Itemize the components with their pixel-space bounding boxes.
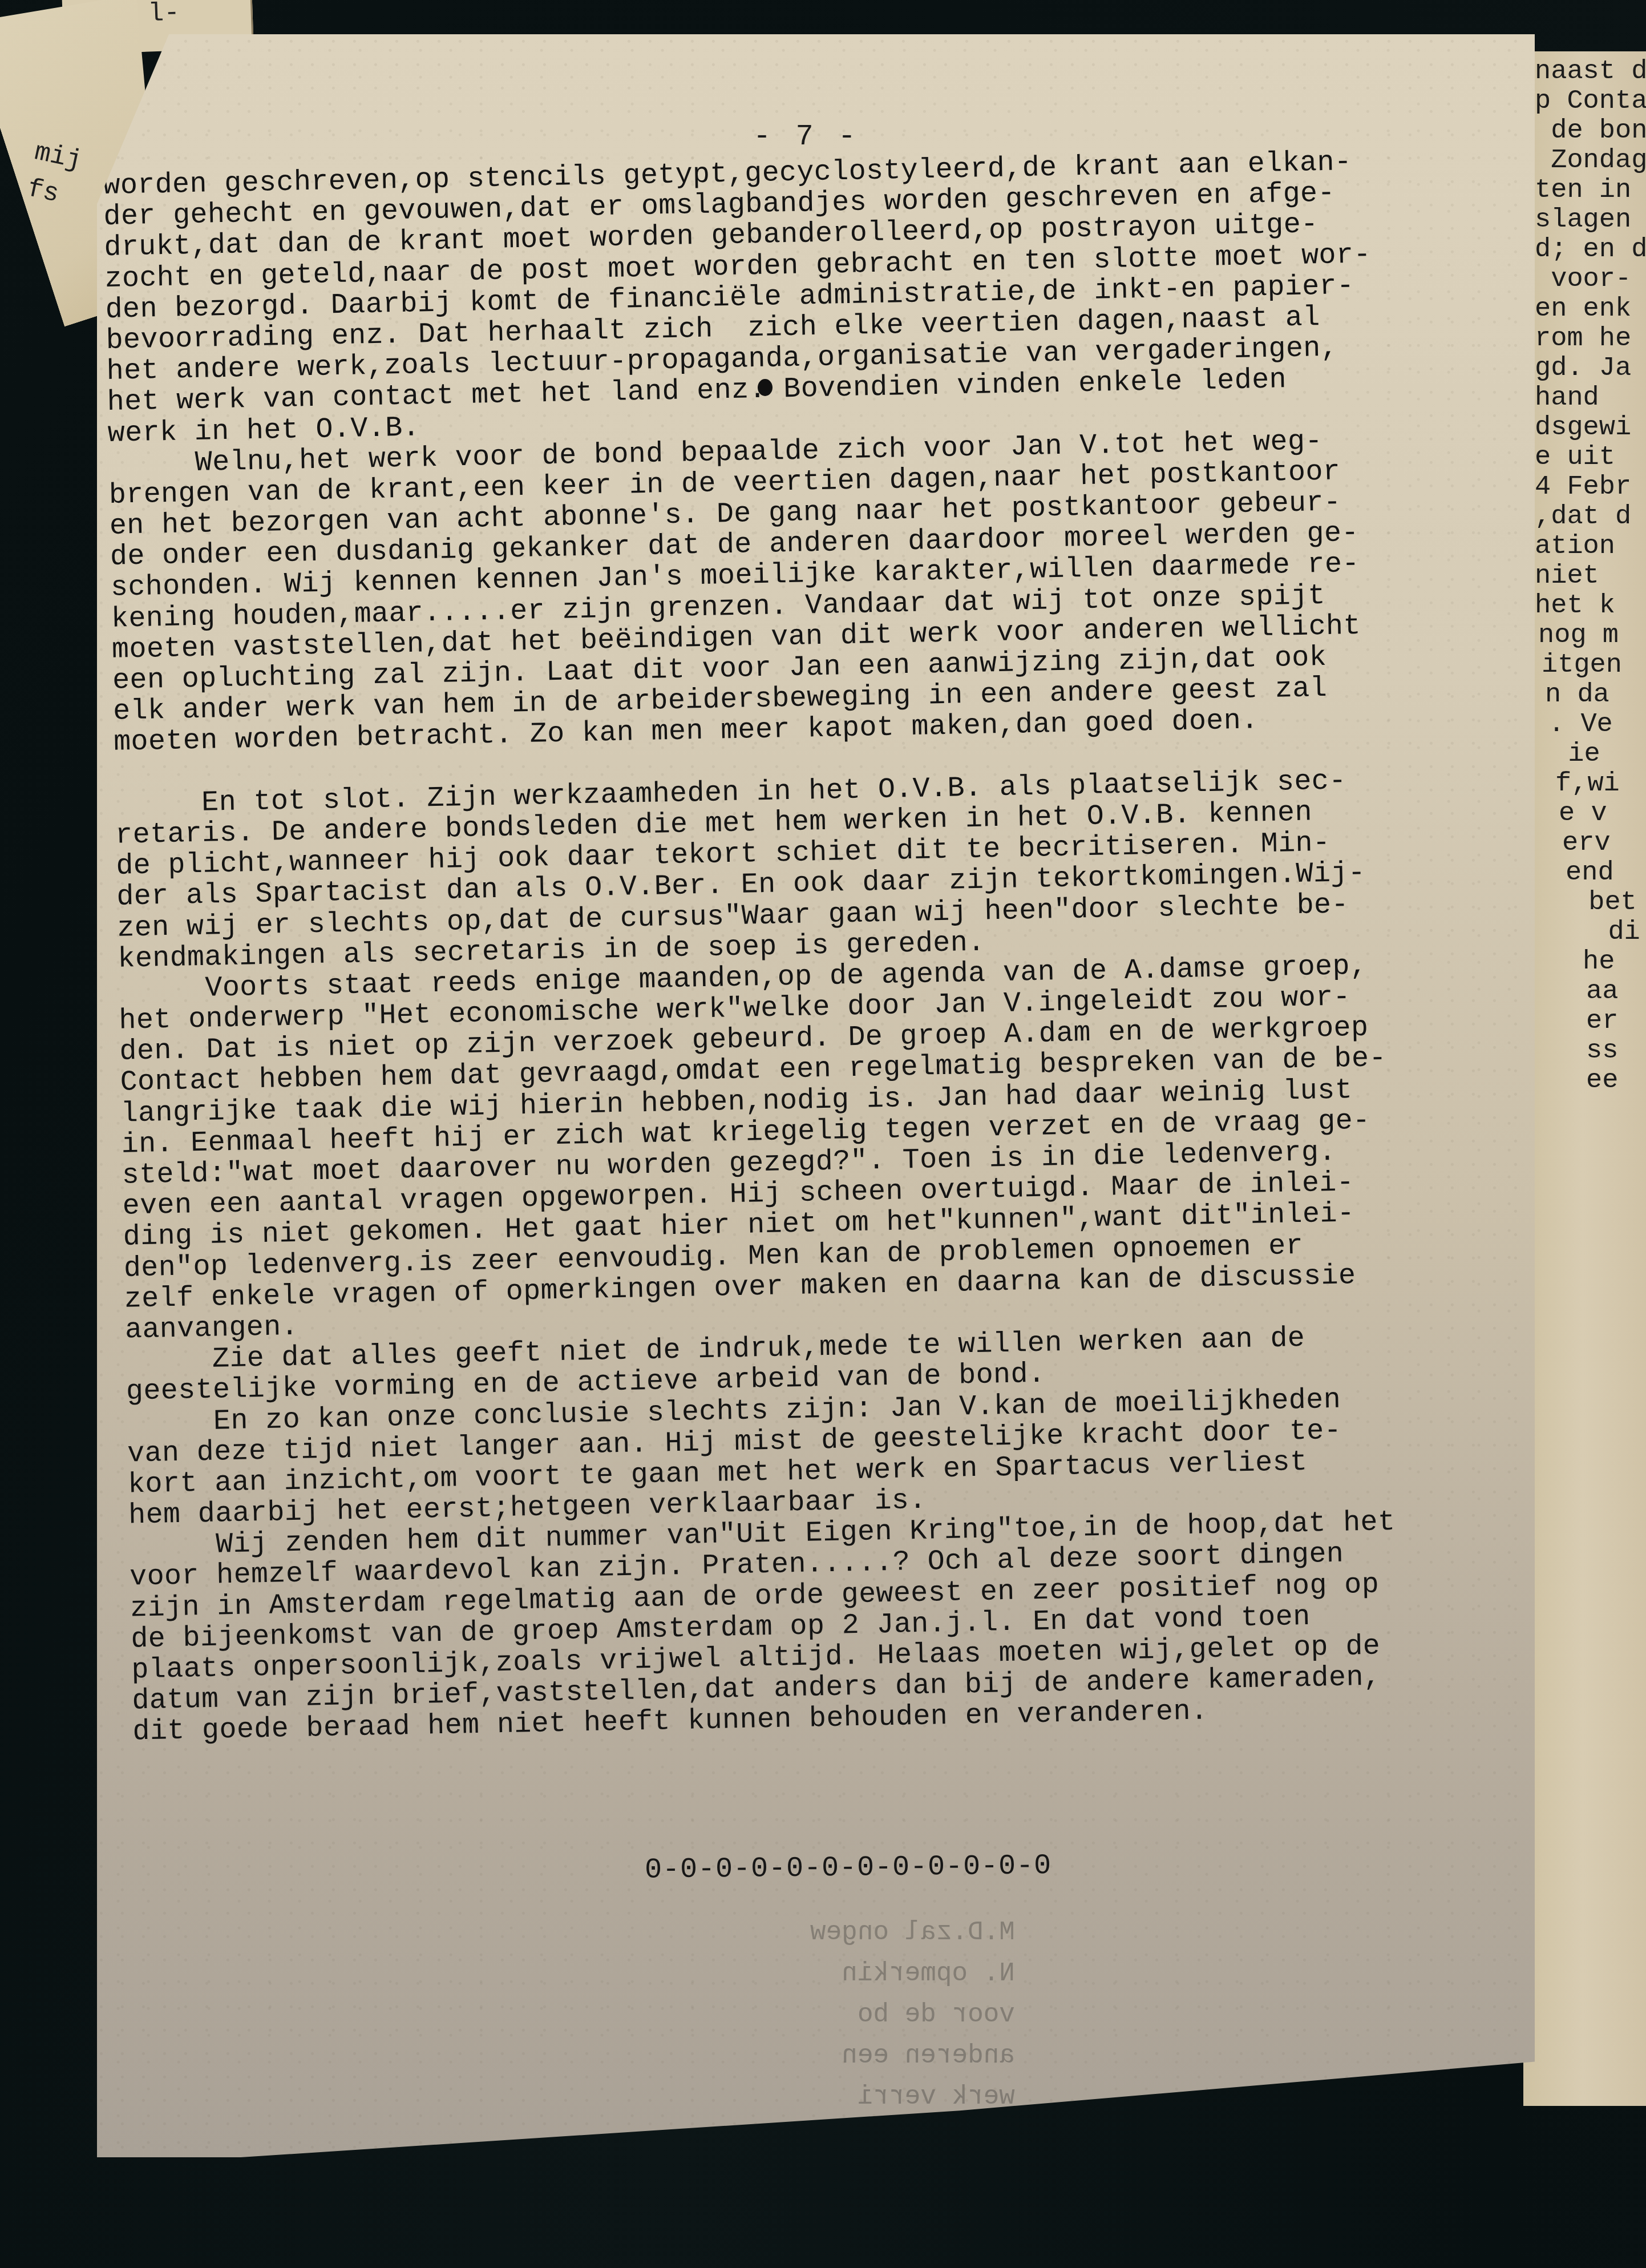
adjacent-right-page: naast dep Conta de bon Zondagten inslage… [1523, 51, 1646, 2106]
section-separator: 0-0-0-0-0-0-0-0-0-0-0-0 [645, 1850, 1052, 1886]
document-page: - 7 - worden geschreven,op stencils gety… [97, 34, 1535, 2157]
text-fragment: bet [1535, 888, 1646, 918]
text-fragment: he [1535, 947, 1646, 977]
text-fragment: f,wi [1535, 769, 1646, 799]
text-fragment: n da [1535, 680, 1646, 710]
text-fragment: e v [1535, 799, 1646, 829]
text-fragment: voor- [1535, 265, 1646, 294]
text-fragment: het k [1535, 591, 1646, 621]
text-fragment: e uit [1535, 443, 1646, 473]
text-fragment: . Ve [1535, 710, 1646, 740]
text-fragment: er [1535, 1007, 1646, 1036]
text-fragment: p Conta [1535, 87, 1646, 116]
text-fragment: ,dat d [1535, 502, 1646, 532]
text-fragment: l- [148, 0, 180, 28]
text-fragment: d; en d [1535, 235, 1646, 265]
text-fragment: fs [25, 175, 62, 207]
text-fragment: itgen [1535, 651, 1646, 680]
text-fragment: ation [1535, 532, 1646, 562]
text-fragment: end [1535, 858, 1646, 888]
text-fragment: erv [1535, 829, 1646, 858]
text-fragment: slagen [1535, 205, 1646, 235]
text-fragment: gd. Ja [1535, 354, 1646, 384]
text-fragment: hand [1535, 384, 1646, 413]
adjacent-page-text: naast dep Conta de bon Zondagten inslage… [1535, 57, 1646, 1096]
page-number: - 7 - [753, 120, 859, 154]
text-fragment: naast de [1535, 57, 1646, 87]
text-fragment: ten in [1535, 176, 1646, 205]
text-fragment: rom he [1535, 324, 1646, 354]
text-fragment: mij [32, 139, 84, 174]
text-fragment: nog m [1535, 621, 1646, 651]
document-body: worden geschreven,op stencils getypt,gec… [103, 144, 1559, 1748]
text-fragment: ss [1535, 1036, 1646, 1066]
text-fragment: Zondag [1535, 146, 1646, 176]
text-fragment: di [1535, 918, 1646, 947]
text-fragment: ee [1535, 1066, 1646, 1096]
text-fragment: de bon [1535, 116, 1646, 146]
text-fragment: en enk [1535, 294, 1646, 324]
text-fragment: niet [1535, 562, 1646, 591]
text-fragment: dsgewi [1535, 413, 1646, 443]
text-fragment: ie [1535, 740, 1646, 769]
text-fragment: 4 Febr [1535, 473, 1646, 502]
text-fragment: aa [1535, 977, 1646, 1007]
